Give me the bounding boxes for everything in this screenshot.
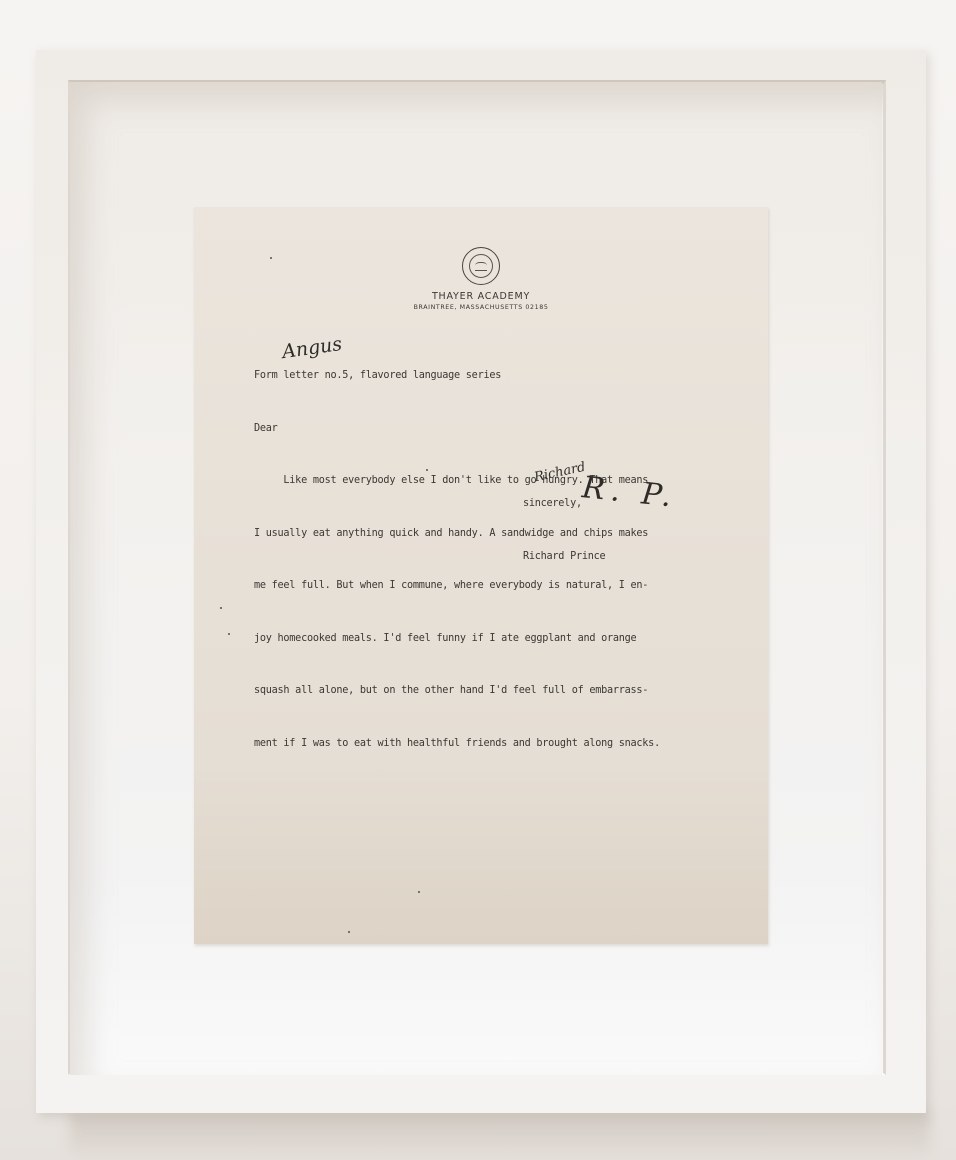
letter-line: squash all alone, but on the other hand … <box>254 682 734 700</box>
letter-line: joy homecooked meals. I'd feel funny if … <box>254 630 734 648</box>
paper-speck <box>220 607 222 609</box>
closing-name: Richard Prince <box>523 548 605 566</box>
paper-speck <box>348 931 350 933</box>
letterhead-name: THAYER ACADEMY <box>194 291 768 302</box>
letter-line: me feel full. But when I commune, where … <box>254 577 734 595</box>
paper-speck <box>228 633 230 635</box>
letter-line: ment if I was to eat with healthful frie… <box>254 735 734 753</box>
letter-line: I usually eat anything quick and handy. … <box>254 525 734 543</box>
wall-shadow <box>70 1112 930 1160</box>
paper-speck <box>426 469 428 471</box>
academy-seal-icon <box>462 247 500 285</box>
letter-body: Form letter no.5, flavored language seri… <box>254 332 734 787</box>
paper-speck <box>418 891 420 893</box>
letterhead: THAYER ACADEMY BRAINTREE, MASSACHUSETTS … <box>194 247 768 311</box>
paper-speck <box>270 257 272 259</box>
letter-line: Form letter no.5, flavored language seri… <box>254 367 734 385</box>
letterhead-address: BRAINTREE, MASSACHUSETTS 02185 <box>194 304 768 311</box>
letter-line: Dear <box>254 420 734 438</box>
letter-paper: THAYER ACADEMY BRAINTREE, MASSACHUSETTS … <box>194 207 768 944</box>
